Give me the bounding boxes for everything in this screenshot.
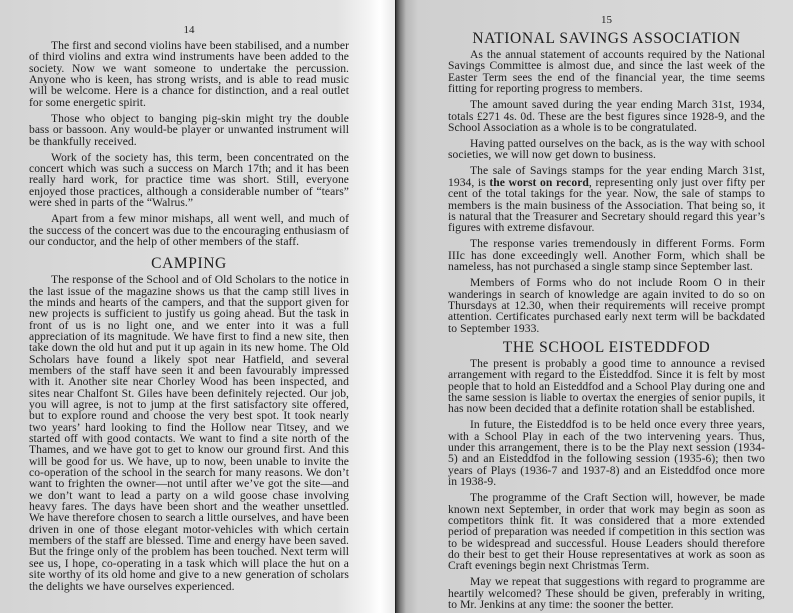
eisteddfod-paragraph-4: May we repeat that suggestions with rega… [448,576,765,610]
book-spread: 14 The first and second violins have bee… [0,0,793,613]
right-page: 15 NATIONAL SAVINGS ASSOCIATION As the a… [396,0,793,613]
page-number: 14 [29,24,349,36]
orchestra-paragraph-1: The first and second violins have been s… [29,40,349,108]
nsa-paragraph-6: Members of Forms who do not include Room… [448,277,765,334]
page-number: 15 [448,14,765,26]
orchestra-paragraph-4: Apart from a few minor mishaps, all went… [29,213,349,247]
nsa-paragraph-3: Having patted ourselves on the back, as … [448,138,765,161]
left-page-content: 14 The first and second violins have bee… [29,24,349,597]
left-page: 14 The first and second violins have bee… [0,0,396,613]
section-heading-eisteddfod: THE SCHOOL EISTEDDFOD [448,339,765,356]
nsa-paragraph-stamps: The sale of Savings stamps for the year … [448,165,765,233]
nsa-paragraph-5: The response varies tremendously in diff… [448,238,765,272]
orchestra-paragraph-2: Those who object to banging pig-skin mig… [29,113,349,147]
eisteddfod-paragraph-2: In future, the Eisteddfod is to be held … [448,419,765,487]
right-page-content: 15 NATIONAL SAVINGS ASSOCIATION As the a… [448,14,765,613]
section-heading-national-savings: NATIONAL SAVINGS ASSOCIATION [448,30,765,47]
camping-paragraph: The response of the School and of Old Sc… [29,274,349,592]
section-heading-camping: CAMPING [29,255,349,272]
nsa-paragraph-2: The amount saved during the year ending … [448,99,765,133]
nsa-paragraph-1: As the annual statement of accounts requ… [448,49,765,94]
orchestra-paragraph-3: Work of the society has, this term, been… [29,152,349,209]
eisteddfod-paragraph-3: The programme of the Craft Section will,… [448,492,765,571]
eisteddfod-paragraph-1: The present is probably a good time to a… [448,358,765,415]
